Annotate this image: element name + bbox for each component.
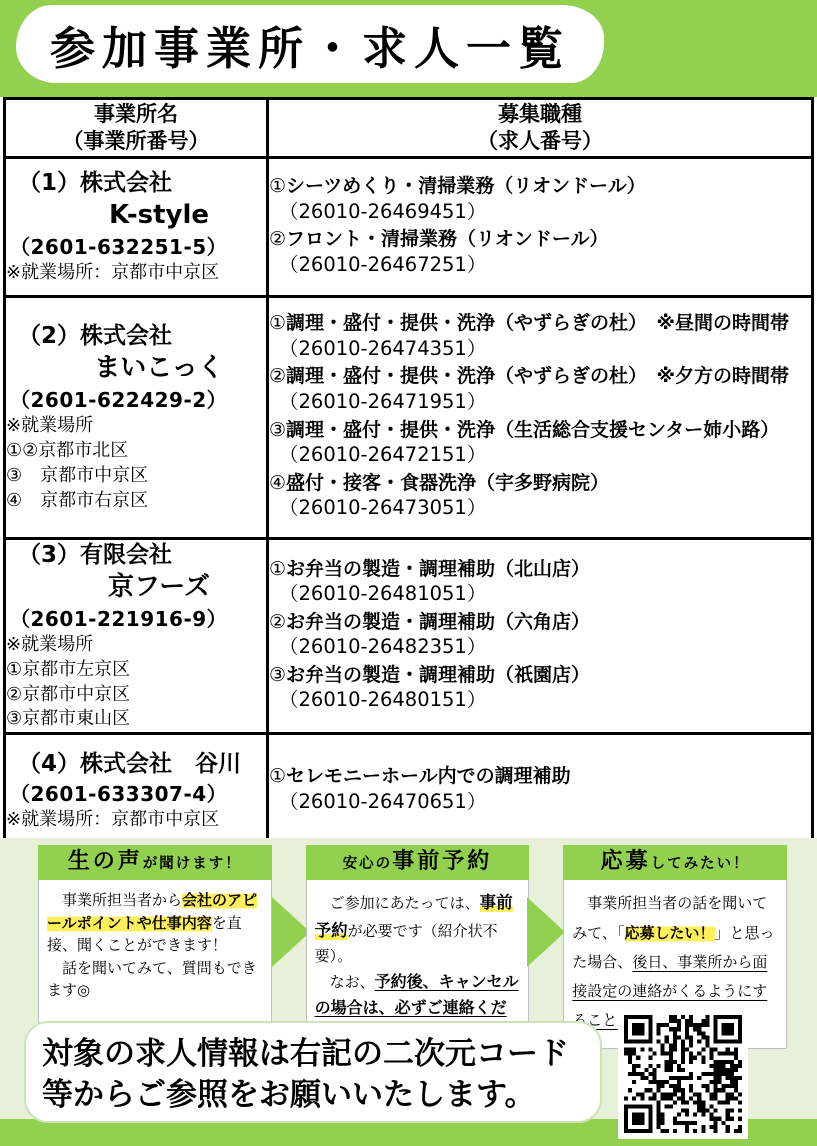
table-row: （4）株式会社 谷川 （2601-633307-4） ※就業場所：京都市中京区 …	[5, 734, 813, 848]
header-emphasis: 事前予約	[392, 849, 492, 874]
job-title: ④盛付・接客・食器洗浄（宇多野病院）	[269, 471, 811, 496]
job-title-text: フロント・清掃業務（リオンドール）	[286, 228, 608, 250]
work-location: ※就業場所	[6, 633, 266, 658]
business-name: （4）株式会社 谷川	[6, 749, 266, 780]
header-prefix: 安心の	[343, 856, 393, 872]
job-marker: ①	[269, 175, 286, 197]
info-box-header: 安心の事前予約	[306, 845, 530, 880]
header-jobs-line1: 募集職種	[269, 101, 811, 128]
body-text: なお、	[315, 973, 375, 991]
job-marker: ②	[269, 611, 286, 633]
job-title: ②お弁当の製造・調理補助（六角店）	[269, 610, 811, 635]
business-cell: （2）株式会社 まいこっく （2601-622429-2） ※就業場所 ①②京都…	[5, 297, 268, 539]
business-name: （1）株式会社	[6, 168, 266, 199]
table-row: （1）株式会社 K-style （2601-632251-5） ※就業場所：京都…	[5, 158, 813, 297]
work-location: ②京都市中京区	[6, 683, 266, 708]
business-cell: （3）有限会社 京フーズ （2601-221916-9） ※就業場所 ①京都市左…	[5, 539, 268, 734]
job-title: ①セレモニーホール内での調理補助	[269, 764, 811, 789]
header-emphasis: 応募	[601, 849, 651, 874]
page-title: 参加事業所・求人一覧	[50, 12, 570, 77]
job-title: ③お弁当の製造・調理補助（祇園店）	[269, 663, 811, 688]
job-number: （26010-26480151）	[269, 687, 811, 712]
business-name: （3）有限会社	[6, 540, 266, 571]
footer-note: 対象の求人情報は右記の二次元コード 等からご参照をお願いいたします。	[24, 1021, 602, 1123]
header-rest: が聞けます！	[143, 856, 242, 872]
arrow-right-icon	[527, 897, 565, 967]
header-jobs-line2: （求人番号）	[269, 128, 811, 155]
header-rest: してみたい！	[651, 856, 750, 872]
jobs-cell: ①セレモニーホール内での調理補助 （26010-26470651）	[268, 734, 813, 848]
job-title: ③調理・盛付・提供・洗浄（生活総合支援センター姉小路）	[269, 418, 811, 443]
business-number: （2601-633307-4）	[6, 780, 266, 808]
job-marker: ④	[269, 472, 286, 494]
info-box-body: 事業所担当者から会社のアピールポイントや仕事内容を直接、聞くことができます！ 話…	[38, 880, 272, 1023]
work-location: ④ 京都市右京区	[6, 489, 266, 514]
work-location: ③京都市東山区	[6, 707, 266, 732]
info-box-voices: 生の声が聞けます！ 事業所担当者から会社のアピールポイントや仕事内容を直接、聞く…	[38, 845, 272, 1023]
header-business-line1: 事業所名	[6, 101, 266, 128]
table-header-row: 事業所名 （事業所番号） 募集職種 （求人番号）	[5, 99, 813, 158]
header-jobs: 募集職種 （求人番号）	[268, 99, 813, 158]
table-row: （2）株式会社 まいこっく （2601-622429-2） ※就業場所 ①②京都…	[5, 297, 813, 539]
job-number: （26010-26473051）	[269, 495, 811, 520]
body-text: 話を聞いてみて、質問もできます◎	[47, 959, 257, 1000]
title-banner: 参加事業所・求人一覧	[0, 0, 817, 97]
work-location: ※就業場所：京都市中京区	[6, 808, 266, 833]
table-row: （3）有限会社 京フーズ （2601-221916-9） ※就業場所 ①京都市左…	[5, 539, 813, 734]
flyer-page: 参加事業所・求人一覧 事業所名 （事業所番号） 募集職種 （求人番号） （1）株…	[0, 0, 817, 1146]
business-name-2: まいこっく	[6, 352, 266, 386]
jobs-cell: ①シーツめくり・清掃業務（リオンドール） （26010-26469451） ②フ…	[268, 158, 813, 297]
work-location: ※就業場所：京都市中京区	[6, 261, 266, 286]
job-title-text: お弁当の製造・調理補助（祇園店）	[286, 664, 590, 686]
title-cloud: 参加事業所・求人一覧	[16, 5, 604, 83]
info-box-header: 応募してみたい！	[563, 845, 787, 880]
body-text: 事業所担当者から	[47, 891, 182, 909]
job-marker: ②	[269, 228, 286, 250]
job-title: ①シーツめくり・清掃業務（リオンドール）	[269, 174, 811, 199]
job-marker: ①	[269, 558, 286, 580]
job-title-text: お弁当の製造・調理補助（北山店）	[286, 558, 590, 580]
job-title-text: お弁当の製造・調理補助（六角店）	[286, 611, 590, 633]
jobs-cell: ①調理・盛付・提供・洗浄（やずらぎの杜） ※昼間の時間帯 （26010-2647…	[268, 297, 813, 539]
highlighted-text: 応募したい！	[625, 924, 715, 942]
job-marker: ①	[269, 765, 286, 787]
header-business-line2: （事業所番号）	[6, 128, 266, 155]
header-emphasis: 生の声	[68, 849, 143, 874]
business-number: （2601-622429-2）	[6, 386, 266, 414]
jobs-table: 事業所名 （事業所番号） 募集職種 （求人番号） （1）株式会社 K-style…	[3, 97, 814, 849]
job-number: （26010-26474351）	[269, 336, 811, 361]
header-business: 事業所名 （事業所番号）	[5, 99, 268, 158]
qr-code	[618, 1009, 748, 1139]
business-name: （2）株式会社	[6, 321, 266, 352]
business-name-2: 京フーズ	[6, 571, 266, 605]
business-number: （2601-632251-5）	[6, 233, 266, 261]
job-number: （26010-26469451）	[269, 199, 811, 224]
job-title-text: セレモニーホール内での調理補助	[286, 765, 571, 787]
job-title-text: シーツめくり・清掃業務（リオンドール）	[286, 175, 646, 197]
jobs-cell: ①お弁当の製造・調理補助（北山店） （26010-26481051） ②お弁当の…	[268, 539, 813, 734]
job-title-text: 盛付・接客・食器洗浄（宇多野病院）	[286, 472, 609, 494]
job-title: ①お弁当の製造・調理補助（北山店）	[269, 557, 811, 582]
work-location: ①京都市左京区	[6, 658, 266, 683]
work-location: ③ 京都市中京区	[6, 464, 266, 489]
footer-note-line2: 等からご参照をお願いいたします。	[42, 1075, 584, 1116]
business-number: （2601-221916-9）	[6, 605, 266, 633]
job-title-text: 調理・盛付・提供・洗浄（やずらぎの杜） ※夕方の時間帯	[286, 365, 789, 387]
job-marker: ①	[269, 312, 286, 334]
job-number: （26010-26470651）	[269, 789, 811, 814]
job-number: （26010-26471951）	[269, 389, 811, 414]
job-title: ①調理・盛付・提供・洗浄（やずらぎの杜） ※昼間の時間帯	[269, 311, 811, 336]
job-title-text: 調理・盛付・提供・洗浄（生活総合支援センター姉小路）	[286, 419, 779, 441]
job-title: ②フロント・清掃業務（リオンドール）	[269, 227, 811, 252]
job-marker: ②	[269, 365, 286, 387]
job-title: ②調理・盛付・提供・洗浄（やずらぎの杜） ※夕方の時間帯	[269, 364, 811, 389]
job-title-text: 調理・盛付・提供・洗浄（やずらぎの杜） ※昼間の時間帯	[286, 312, 789, 334]
job-number: （26010-26481051）	[269, 581, 811, 606]
info-box-header: 生の声が聞けます！	[38, 845, 272, 880]
business-cell: （1）株式会社 K-style （2601-632251-5） ※就業場所：京都…	[5, 158, 268, 297]
job-number: （26010-26467251）	[269, 252, 811, 277]
business-cell: （4）株式会社 谷川 （2601-633307-4） ※就業場所：京都市中京区	[5, 734, 268, 848]
job-number: （26010-26472151）	[269, 442, 811, 467]
job-marker: ③	[269, 664, 286, 686]
work-location: ※就業場所	[6, 414, 266, 439]
body-text: ご参加にあたっては、	[315, 894, 480, 912]
job-marker: ③	[269, 419, 286, 441]
work-location: ①②京都市北区	[6, 439, 266, 464]
arrow-right-icon	[272, 897, 310, 967]
footer-note-line1: 対象の求人情報は右記の二次元コード	[42, 1034, 584, 1075]
business-name-2: K-style	[6, 199, 266, 233]
job-number: （26010-26482351）	[269, 634, 811, 659]
